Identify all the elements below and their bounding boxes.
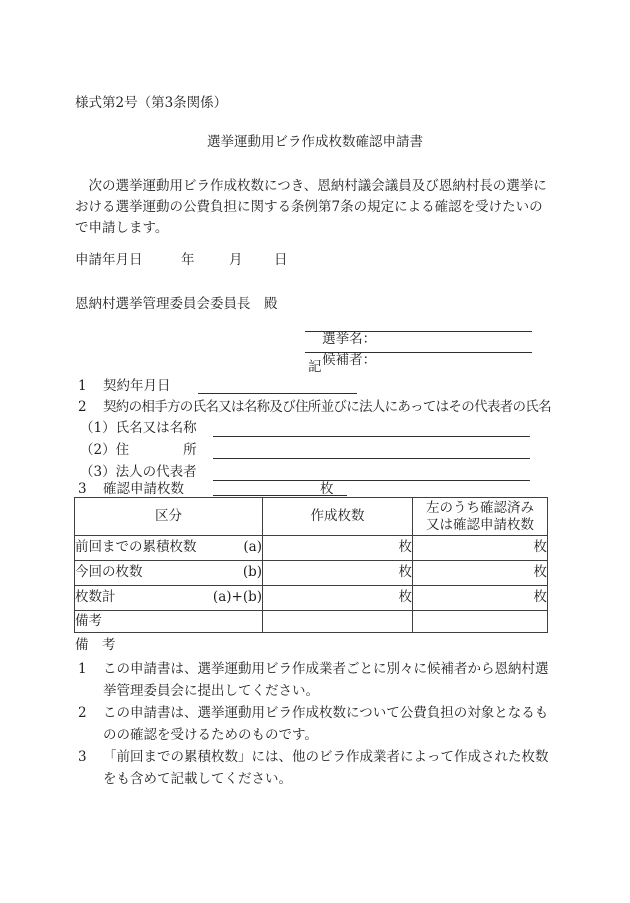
addressee: 恩納村選挙管理委員会委員長 殿 (75, 297, 278, 313)
item2-label: 契約の相手方の氏名又は名称及び住所並びに法人にあってはその代表者の氏名 (103, 400, 551, 416)
made-cell[interactable]: 枚 (263, 586, 413, 611)
table-row: 今回の枚数 (b) 枚 枚 (75, 561, 548, 586)
table-header-confirmed-line1: 左のうち確認済み (413, 500, 547, 517)
intro-line: で申請します。 (75, 218, 575, 239)
note-number: 3 (78, 746, 103, 790)
row-code: (a)+(b) (213, 590, 262, 606)
name-or-title-blank[interactable] (213, 422, 530, 437)
table-row: 前回までの累積枚数 (a) 枚 枚 (75, 536, 548, 561)
table-row-remarks: 備考 (75, 611, 548, 633)
intro-line: おける選挙運動の公費負担に関する条例第7条の規定による確認を受けたいの (75, 197, 575, 218)
note-number: 2 (78, 702, 103, 746)
remarks-made-cell[interactable] (263, 611, 413, 633)
form-number: 様式第2号（第3条関係） (75, 96, 227, 112)
copies-unit: 枚 (320, 482, 334, 498)
row-label: 枚数計 (75, 590, 116, 606)
note-item: 1 この申請書は、選挙運動用ビラ作成業者ごとに別々に候補者から恩納村選 挙管理委… (78, 658, 568, 702)
day-label: 日 (274, 253, 288, 269)
contract-date-blank[interactable] (198, 379, 357, 394)
table-header-category: 区分 (75, 498, 263, 536)
table-header-confirmed: 左のうち確認済み 又は確認申請枚数 (413, 498, 548, 536)
representative-blank[interactable] (213, 466, 530, 481)
election-name-field[interactable]: 選挙名： (305, 316, 532, 332)
note-line: 挙管理委員会に提出してください。 (103, 680, 549, 702)
item3-number: 3 (78, 482, 87, 498)
item1-number: 1 (78, 379, 87, 395)
candidate-name-label: 候補者： (322, 352, 376, 368)
made-cell[interactable]: 枚 (263, 536, 413, 561)
address-blank[interactable] (213, 444, 530, 459)
row-code: (a) (243, 540, 262, 556)
note-line: この申請書は、選挙運動用ビラ作成枚数について公費負担の対象となるも (103, 702, 548, 724)
note-line: をも含めて記載してください。 (103, 768, 549, 790)
remarks-confirmed-cell[interactable] (413, 611, 548, 633)
application-date-row: 申請年月日 年 月 日 (0, 253, 630, 271)
row-label: 前回までの累積枚数 (75, 540, 197, 556)
table-header-confirmed-line2: 又は確認申請枚数 (413, 517, 547, 534)
intro-line: 次の選挙運動用ビラ作成枚数につき、恩納村議会議員及び恩納村長の選挙に (75, 176, 575, 197)
copies-table: 区分 作成枚数 左のうち確認済み 又は確認申請枚数 前回までの累積枚数 (a) … (74, 497, 548, 633)
intro-paragraph: 次の選挙運動用ビラ作成枚数につき、恩納村議会議員及び恩納村長の選挙に おける選挙… (75, 176, 575, 239)
item2-number: 2 (78, 400, 87, 416)
candidate-name-field[interactable]: 候補者： (305, 337, 532, 353)
confirmed-cell[interactable]: 枚 (413, 536, 548, 561)
row-label: 今回の枚数 (75, 565, 143, 581)
made-cell[interactable]: 枚 (263, 561, 413, 586)
month-label: 月 (229, 253, 243, 269)
note-line: 「前回までの累積枚数」には、他のビラ作成業者によって作成された枚数 (103, 746, 549, 768)
note-item: 2 この申請書は、選挙運動用ビラ作成枚数について公費負担の対象となるも のの確認… (78, 702, 568, 746)
notes-header: 備 考 (75, 638, 116, 654)
row-code: (b) (243, 565, 262, 581)
row-label: 備考 (75, 614, 102, 630)
item3-label: 確認申請枚数 (103, 482, 184, 498)
note-item: 3 「前回までの累積枚数」には、他のビラ作成業者によって作成された枚数 をも含め… (78, 746, 568, 790)
sub3-label: （3）法人の代表者 (80, 465, 197, 481)
year-label: 年 (181, 253, 195, 269)
note-line: のの確認を受けるためのものです。 (103, 724, 548, 746)
table-header-made: 作成枚数 (263, 498, 413, 536)
note-number: 1 (78, 658, 103, 702)
sub1-label: （1）氏名又は名称 (80, 421, 197, 437)
item1-label: 契約年月日 (103, 379, 171, 395)
note-line: この申請書は、選挙運動用ビラ作成業者ごとに別々に候補者から恩納村選 (103, 658, 549, 680)
table-row: 枚数計 (a)+(b) 枚 枚 (75, 586, 548, 611)
ki-heading: 記 (308, 360, 322, 376)
confirmed-cell[interactable]: 枚 (413, 586, 548, 611)
sub2-label: （2）住 所 (80, 443, 197, 459)
document-page: 様式第2号（第3条関係） 選挙運動用ビラ作成枚数確認申請書 次の選挙運動用ビラ作… (0, 0, 630, 903)
application-date-label: 申請年月日 (75, 253, 143, 269)
confirmed-cell[interactable]: 枚 (413, 561, 548, 586)
document-title: 選挙運動用ビラ作成枚数確認申請書 (0, 135, 630, 151)
